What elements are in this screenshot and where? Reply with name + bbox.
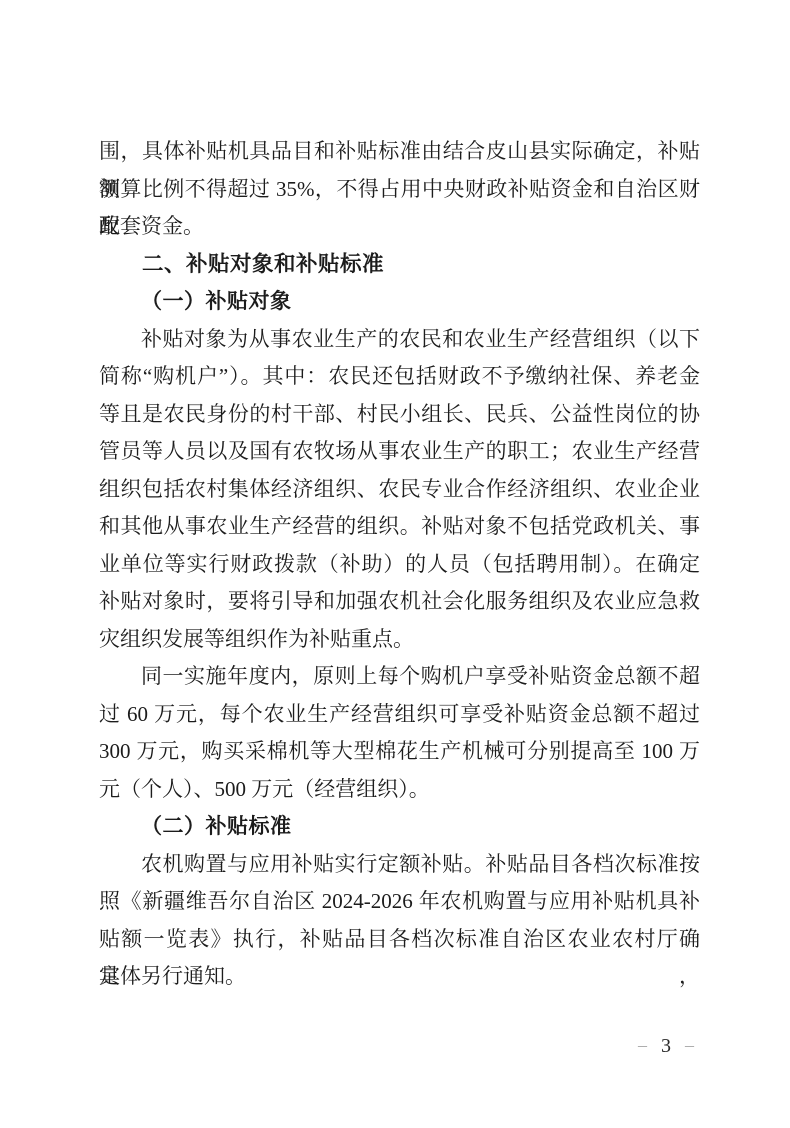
text-line: 围，具体补贴机具品目和补贴标准由结合皮山县实际确定，补贴额: [99, 133, 700, 171]
text-line: 简称“购机户”）。其中：农民还包括财政不予缴纳社保、养老金: [99, 358, 700, 396]
text-line: 管员等人员以及国有农牧场从事农业生产的职工；农业生产经营: [99, 433, 700, 471]
section-heading: 二、补贴对象和补贴标准: [99, 246, 700, 284]
page-number-left-dash: –: [638, 1035, 647, 1055]
text-line: 补贴对象时，要将引导和加强农机社会化服务组织及农业应急救: [99, 583, 700, 621]
text-line: 过 60 万元，每个农业生产经营组织可享受补贴资金总额不超过: [99, 696, 700, 734]
text-line: 农机购置与应用补贴实行定额补贴。补贴品目各档次标准按: [99, 846, 700, 884]
text-line: 300 万元，购买采棉机等大型棉花生产机械可分别提高至 100 万: [99, 733, 700, 771]
text-line: 同一实施年度内，原则上每个购机户享受补贴资金总额不超: [99, 658, 700, 696]
document-page: 围，具体补贴机具品目和补贴标准由结合皮山县实际确定，补贴额 测算比例不得超过 3…: [0, 0, 790, 1128]
text-line: 组织包括农村集体经济组织、农民专业合作经济组织、农业企业: [99, 471, 700, 509]
text-line: 照《新疆维吾尔自治区 2024-2026 年农机购置与应用补贴机具补: [99, 883, 700, 921]
text-line: 配套资金。: [99, 208, 700, 246]
text-line: 业单位等实行财政拨款（补助）的人员（包括聘用制）。在确定: [99, 546, 700, 584]
text-line: 贴额一览表》执行，补贴品目各档次标准自治区农业农村厅确定，: [99, 921, 700, 959]
page-footer: – 3 –: [638, 1031, 694, 1059]
text-line: 元（个人）、500 万元（经营组织）。: [99, 771, 700, 809]
page-number-right-dash: –: [685, 1035, 694, 1055]
document-body: 围，具体补贴机具品目和补贴标准由结合皮山县实际确定，补贴额 测算比例不得超过 3…: [99, 133, 700, 996]
subsection-heading: （一）补贴对象: [99, 283, 700, 321]
text-line: 等且是农民身份的村干部、村民小组长、民兵、公益性岗位的协: [99, 396, 700, 434]
page-number: 3: [661, 1035, 671, 1057]
text-line: 灾组织发展等组织作为补贴重点。: [99, 621, 700, 659]
subsection-heading: （二）补贴标准: [99, 808, 700, 846]
text-line: 和其他从事农业生产经营的组织。补贴对象不包括党政机关、事: [99, 508, 700, 546]
text-line: 补贴对象为从事农业生产的农民和农业生产经营组织（以下: [99, 321, 700, 359]
text-line: 测算比例不得超过 35%，不得占用中央财政补贴资金和自治区财政: [99, 171, 700, 209]
